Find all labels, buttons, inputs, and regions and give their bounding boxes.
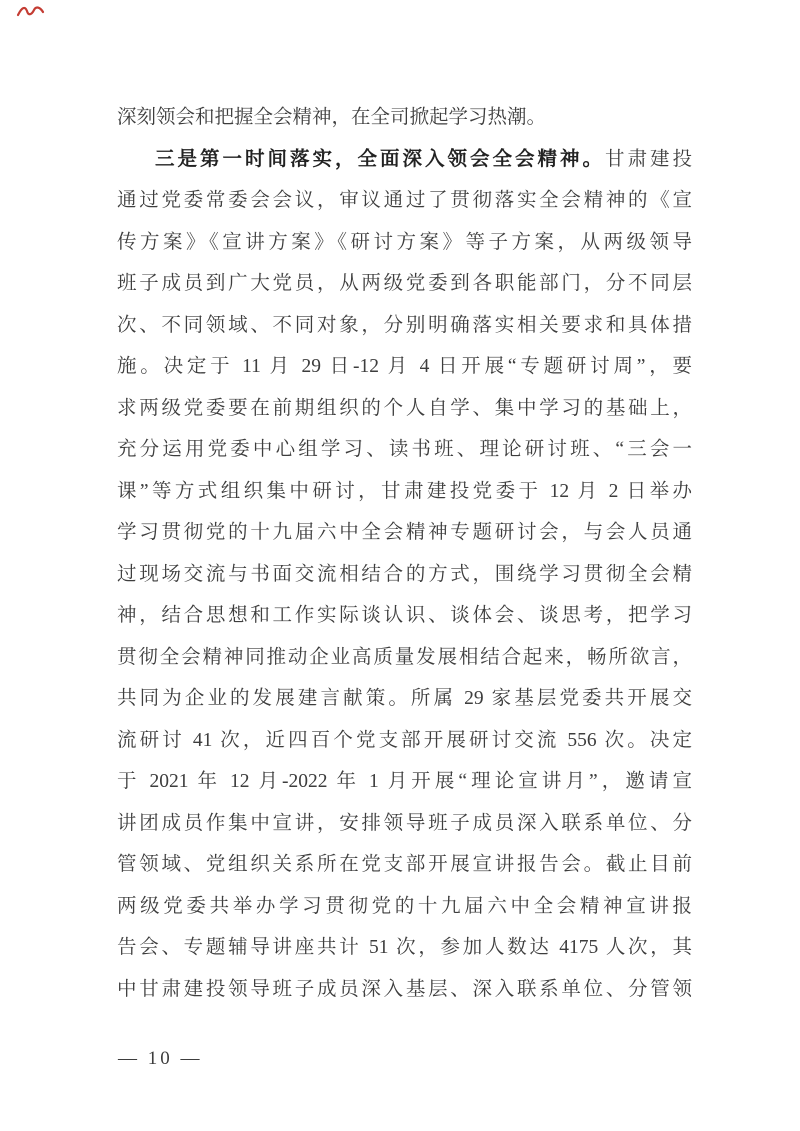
- body-text: 流研讨 41 次，近四百个党支部开展研讨交流 556 次。决定: [117, 730, 692, 751]
- body-text: 两级党委共举办学习贯彻党的十九届六中全会精神宣讲报: [117, 896, 692, 917]
- red-pen-mark-icon: [16, 3, 46, 21]
- text-line: 两级党委共举办学习贯彻党的十九届六中全会精神宣讲报: [117, 886, 692, 928]
- text-line: 三是第一时间落实，全面深入领会全会精神。甘肃建投: [117, 139, 692, 181]
- text-line: 过现场交流与书面交流相结合的方式，围绕学习贯彻全会精: [117, 554, 692, 596]
- body-text: 过现场交流与书面交流相结合的方式，围绕学习贯彻全会精: [117, 564, 692, 585]
- body-text: 贯彻全会精神同推动企业高质量发展相结合起来，畅所欲言，: [117, 647, 692, 668]
- text-line: 贯彻全会精神同推动企业高质量发展相结合起来，畅所欲言，: [117, 637, 692, 679]
- text-line: 深刻领会和把握全会精神，在全司掀起学习热潮。: [117, 97, 692, 139]
- text-line: 学习贯彻党的十九届六中全会精神专题研讨会，与会人员通: [117, 512, 692, 554]
- body-text: 充分运用党委中心组学习、读书班、理论研讨班、“三会一: [117, 439, 692, 460]
- text-line: 神，结合思想和工作实际谈认识、谈体会、谈思考，把学习: [117, 595, 692, 637]
- body-text: 讲团成员作集中宣讲，安排领导班子成员深入联系单位、分: [117, 813, 692, 834]
- text-line: 共同为企业的发展建言献策。所属 29 家基层党委共开展交: [117, 678, 692, 720]
- text-line: 流研讨 41 次，近四百个党支部开展研讨交流 556 次。决定: [117, 720, 692, 762]
- page-number: — 10 —: [118, 1044, 203, 1074]
- body-text: 传方案》《宣讲方案》《研讨方案》等子方案，从两级领导: [117, 232, 692, 253]
- body-text: 神，结合思想和工作实际谈认识、谈体会、谈思考，把学习: [117, 605, 692, 626]
- body-text: 中甘肃建投领导班子成员深入基层、深入联系单位、分管领: [117, 979, 692, 1000]
- text-line: 传方案》《宣讲方案》《研讨方案》等子方案，从两级领导: [117, 222, 692, 264]
- body-text: 课”等方式组织集中研讨，甘肃建投党委于 12 月 2 日举办: [117, 481, 692, 502]
- text-line: 通过党委常委会会议，审议通过了贯彻落实全会精神的《宣: [117, 180, 692, 222]
- body-text: 次、不同领域、不同对象，分别明确落实相关要求和具体措: [117, 315, 692, 336]
- text-line: 中甘肃建投领导班子成员深入基层、深入联系单位、分管领: [117, 969, 692, 1011]
- body-text: 告会、专题辅导讲座共计 51 次，参加人数达 4175 人次，其: [117, 937, 692, 958]
- body-text: 甘肃建投: [605, 149, 692, 170]
- text-line: 于 2021 年 12 月-2022 年 1 月开展“理论宣讲月”，邀请宣: [117, 761, 692, 803]
- body-text: 共同为企业的发展建言献策。所属 29 家基层党委共开展交: [117, 688, 692, 709]
- body-text: 施。决定于 11 月 29 日-12 月 4 日开展“专题研讨周”，要: [117, 356, 692, 377]
- text-line: 管领域、党组织关系所在党支部开展宣讲报告会。截止目前: [117, 844, 692, 886]
- body-text: 求两级党委要在前期组织的个人自学、集中学习的基础上，: [117, 398, 692, 419]
- text-line: 次、不同领域、不同对象，分别明确落实相关要求和具体措: [117, 305, 692, 347]
- text-line: 班子成员到广大党员，从两级党委到各职能部门，分不同层: [117, 263, 692, 305]
- text-line: 施。决定于 11 月 29 日-12 月 4 日开展“专题研讨周”，要: [117, 346, 692, 388]
- text-line: 充分运用党委中心组学习、读书班、理论研讨班、“三会一: [117, 429, 692, 471]
- body-text: 班子成员到广大党员，从两级党委到各职能部门，分不同层: [117, 273, 692, 294]
- body-text: 管领域、党组织关系所在党支部开展宣讲报告会。截止目前: [117, 854, 692, 875]
- text-line: 求两级党委要在前期组织的个人自学、集中学习的基础上，: [117, 388, 692, 430]
- document-body: 深刻领会和把握全会精神，在全司掀起学习热潮。三是第一时间落实，全面深入领会全会精…: [117, 97, 692, 1010]
- body-text: 于 2021 年 12 月-2022 年 1 月开展“理论宣讲月”，邀请宣: [117, 771, 692, 792]
- text-line: 告会、专题辅导讲座共计 51 次，参加人数达 4175 人次，其: [117, 927, 692, 969]
- text-line: 讲团成员作集中宣讲，安排领导班子成员深入联系单位、分: [117, 803, 692, 845]
- bold-lead-text: 三是第一时间落实，全面深入领会全会精神。: [155, 149, 605, 170]
- text-line: 课”等方式组织集中研讨，甘肃建投党委于 12 月 2 日举办: [117, 471, 692, 513]
- document-page: 深刻领会和把握全会精神，在全司掀起学习热潮。三是第一时间落实，全面深入领会全会精…: [0, 0, 800, 1131]
- body-text: 通过党委常委会会议，审议通过了贯彻落实全会精神的《宣: [117, 190, 692, 211]
- body-text: 深刻领会和把握全会精神，在全司掀起学习热潮。: [117, 107, 546, 128]
- body-text: 学习贯彻党的十九届六中全会精神专题研讨会，与会人员通: [117, 522, 692, 543]
